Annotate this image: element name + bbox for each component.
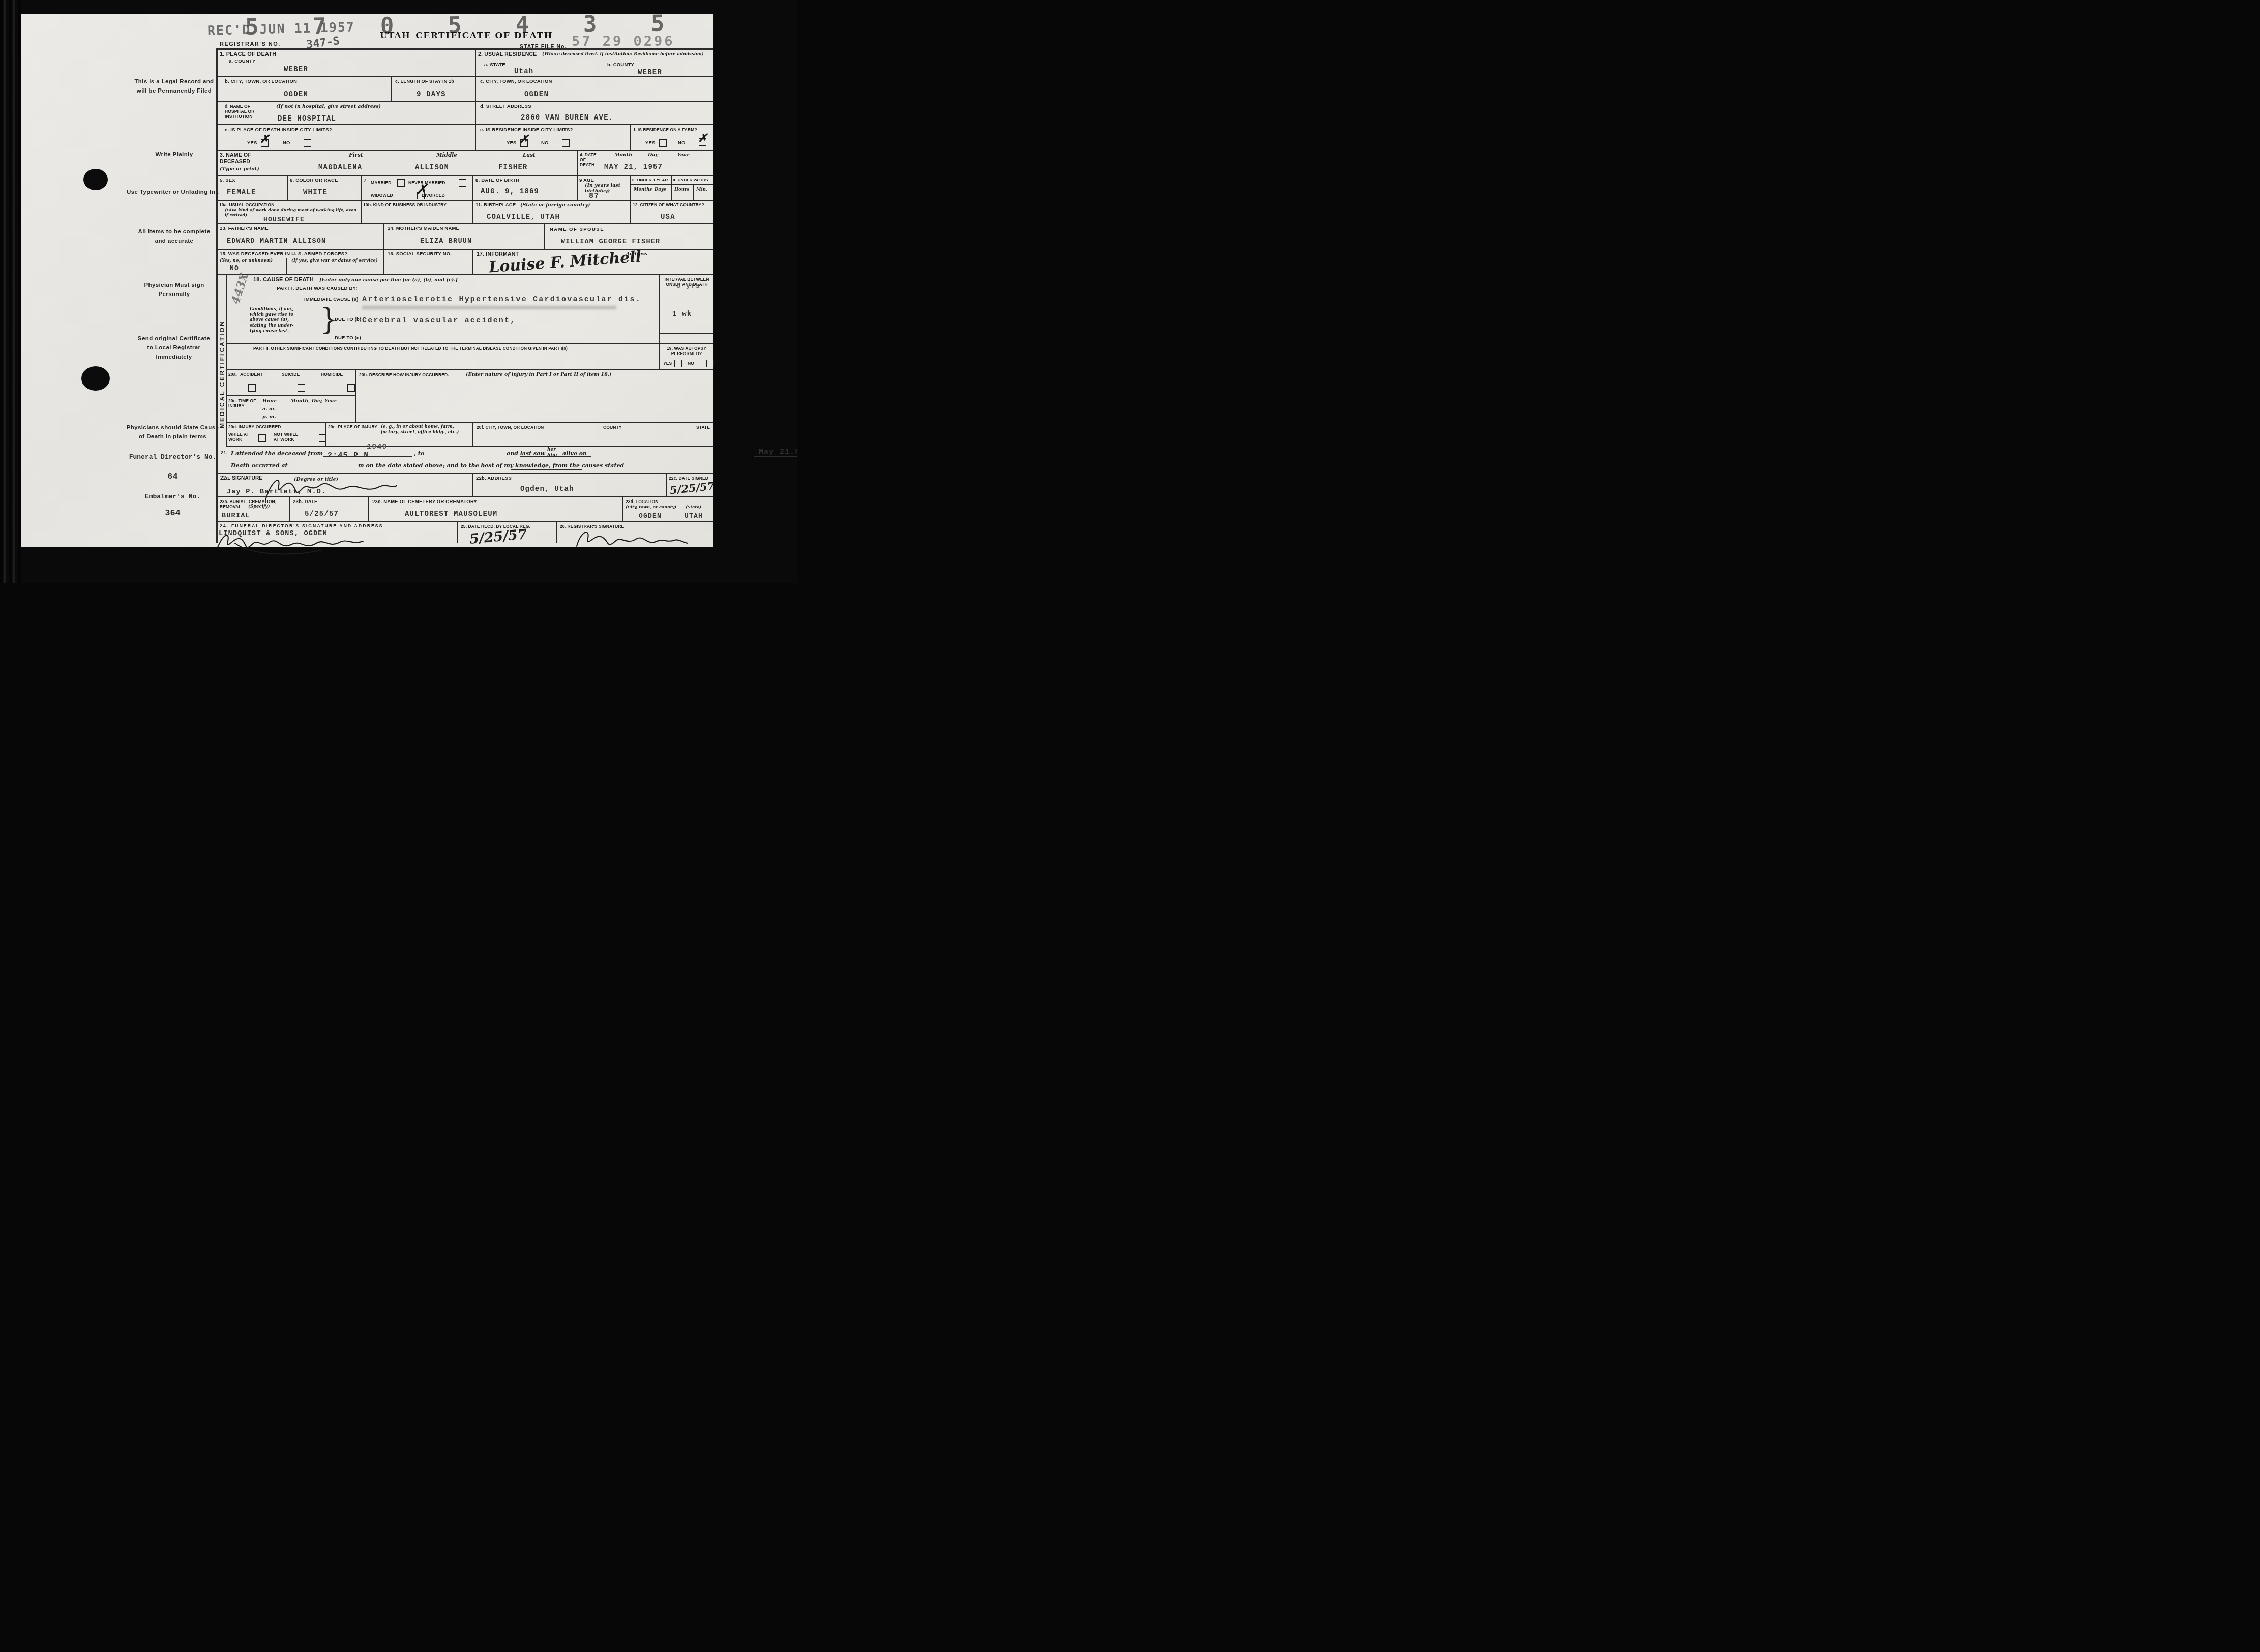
first-name-header: First [349,152,363,159]
check-mark: ✗ [519,134,528,145]
accident-label: ACCIDENT [240,372,263,377]
middle-name-value: ALLISON [415,164,449,171]
field-part2-conditions: PART II. OTHER SIGNIFICANT CONDITIONS CO… [226,343,660,370]
date-signed-label: 22c. DATE SIGNED [669,476,708,481]
margin-note-send-original: Send original Certificate to Local Regis… [136,335,212,362]
signature-label: 22a. SIGNATURE [220,476,262,482]
cause-of-death-title: 18. CAUSE OF DEATH [253,277,314,283]
margin-note-typewriter: Use Typewriter or Unfading Ink [126,188,220,197]
describe-injury-hint: (Enter nature of injury in Part I or Par… [466,372,612,377]
homicide-checkbox [347,384,355,392]
field-physician-signature: 22a. SIGNATURE (Degree or title) Jay P. … [216,473,473,497]
yes-label: YES [247,140,257,146]
divider [672,184,713,185]
divorced-label: DIVORCED [422,193,445,198]
birthplace-value: COALVILLE, UTAH [487,214,560,221]
field-informant: 17. INFORMANT Address Louise F. Mitchell [473,249,713,275]
statement-number: 21. [221,450,228,456]
field-cemetery-name: 23c. NAME OF CEMETERY OR CREMATORY AULTO… [369,497,623,521]
time-of-injury-label: 20c. TIME OF INJURY [228,398,256,408]
field-accident-suicide-homicide: 20a. ACCIDENT SUICIDE HOMICIDE [226,370,356,396]
cause-a-value: Arteriosclerotic Hypertensive Cardiovasc… [362,296,641,303]
homicide-label: HOMICIDE [321,372,343,377]
residence-county-value: WEBER [638,69,662,76]
margin-note-all-items: All items to be complete and accurate [132,228,216,246]
last-seen-blank: May 21.57 [754,448,797,457]
field-name-of-spouse: NAME OF SPOUSE WILLIAM GEORGE FISHER [544,224,713,249]
margin-note-legal-record: This is a Legal Record and will be Perma… [132,78,216,96]
am-label: a. m. [262,406,276,412]
mothers-name-label: 14. MOTHER'S MAIDEN NAME [388,226,459,231]
divider [660,302,713,302]
field-registrar-signature: 26. REGISTRAR'S SIGNATURE [557,521,713,543]
hour-label: Hour [262,398,276,404]
married-checkbox [397,179,405,187]
birthplace-hint: (State or foreign country) [520,202,590,208]
form-title: UTAH CERTIFICATE OF DEATH [357,31,576,41]
never-married-checkbox [459,179,466,187]
date-of-death-value: MAY 21, 1957 [604,164,663,171]
month-day-year-label: Month, Day, Year [290,398,336,404]
punch-hole [83,169,108,190]
residence-county-label: b. COUNTY [607,62,634,68]
no-checkbox [706,360,714,367]
armed-forces-hint2: (If yes, give war or dates of service) [291,258,383,264]
min-label: Min. [696,187,707,193]
field-date-of-birth: 8. DATE OF BIRTH AUG. 9, 1869 [473,175,577,201]
field-burial-type: 23a. BURIAL, CREMATION, REMOVAL (Specify… [216,497,290,521]
place-of-injury-label: 20e. PLACE OF INJURY [328,424,377,429]
date-of-birth-value: AUG. 9, 1869 [481,188,539,195]
field-date-signed: 22c. DATE SIGNED 5/25/57 [666,473,713,497]
death-occurred-text: Death occurred at [231,462,288,469]
field-attended-statement: 21. I attended the deceased from 1949 2:… [216,447,713,473]
residence-city-value: OGDEN [524,91,549,98]
field-residence-inside-city-limits: e. IS RESIDENCE INSIDE CITY LIMITS? YES … [475,125,631,150]
part2-text: PART II. OTHER SIGNIFICANT CONDITIONS CO… [253,346,658,351]
registrar-signature-scribble [571,526,698,551]
accident-checkbox [248,384,256,392]
under-24-hrs-label: IF UNDER 24 HRS [673,178,708,183]
occupation-value: HOUSEWIFE [263,216,305,223]
field-usual-occupation: 10a. USUAL OCCUPATION (Give kind of work… [216,201,361,224]
widowed-label: WIDOWED [371,193,393,198]
citizen-value: USA [661,214,675,221]
attended-text: I attended the deceased from [231,450,323,457]
field-time-of-injury: 20c. TIME OF INJURY Hour a. m. p. m. Mon… [226,396,356,422]
field-interval-onset-death: INTERVAL BETWEEN ONSET AND DEATH 5 yrs 1… [660,275,713,343]
state-hint: (State) [686,504,701,509]
divider [693,184,694,201]
field-mothers-maiden-name: 14. MOTHER'S MAIDEN NAME ELIZA BRUUN [384,224,544,249]
no-checkbox [304,139,311,147]
month-header: Month [614,152,632,158]
embalmers-no-label: Embalmer's No. [123,492,222,501]
last-name-header: Last [523,152,536,159]
margin-note-plain-terms: Physicians should State Cause of Death i… [123,424,222,442]
days-label: Days [655,187,666,193]
first-name-value: MAGDALENA [318,164,362,171]
business-label: 10b. KIND OF BUSINESS OR INDUSTRY [363,202,447,208]
burial-value: BURIAL [222,513,250,520]
cause-a-line [360,304,658,304]
margin-note-physician-sign: Physician Must sign Personally [132,281,216,300]
attended-from-time: 2:45 P.M. [328,452,374,459]
date-of-birth-label: 8. DATE OF BIRTH [475,178,519,183]
months-label: Months [634,187,652,193]
residence-state-value: Utah [514,68,533,75]
birthplace-label: 11. BIRTHPLACE [475,202,516,208]
field-birthplace: 11. BIRTHPLACE (State or foreign country… [473,201,631,224]
funeral-directors-no-value: 64 [123,472,222,482]
part1-label: PART I. DEATH WAS CAUSED BY: [277,286,358,291]
armed-forces-value: NO [230,265,239,272]
autopsy-label: 19. WAS AUTOPSY PERFORMED? [663,346,710,356]
field-place-of-injury: 20e. PLACE OF INJURY (e. g., in or about… [325,422,473,447]
cause-c-line [360,342,658,342]
yes-checkbox: ✗ [261,139,269,147]
no-label: NO [283,140,290,146]
field-injury-city-county-state: 20f. CITY, TOWN, OR LOCATION COUNTY STAT… [473,422,713,447]
last-seen-date: May 21.57 [759,448,797,456]
ink-smudge [362,306,616,309]
burial-state-value: UTAH [685,513,703,519]
middle-name-header: Middle [436,152,457,159]
type-or-print-hint: (Type or print) [220,166,259,172]
field-date-received: 25. DATE RECD. BY LOCAL REG. 5/25/57 [458,521,557,543]
check-mark: ✗ [260,134,269,145]
field-residence-city: c. CITY, TOWN, OR LOCATION OGDEN [475,76,713,102]
fathers-name-value: EDWARD MARTIN ALLISON [227,238,326,245]
death-city-limits-label: e. IS PLACE OF DEATH INSIDE CITY LIMITS? [225,127,332,133]
hospital-label: d. NAME OF HOSPITAL OR INSTITUTION [225,104,254,120]
scan-dark-edge [0,0,21,583]
field-age: 9 AGE (In years last birthday) 87 [577,175,631,201]
suicide-checkbox [298,384,305,392]
city-town-county-hint: (City, town, or county) [626,504,676,509]
funeral-directors-no-label: Funeral Director's No. [123,453,222,462]
burial-city-value: OGDEN [639,513,662,519]
spouse-label: NAME OF SPOUSE [550,227,604,232]
date-signed-value: 5/25/57 [669,480,715,495]
to-text: , to [414,450,424,457]
county-label: a. COUNTY [229,58,255,64]
field-length-of-stay: c. LENGTH OF STAY IN 1b 9 DAYS [392,76,475,102]
field-usual-residence-state-county: 2. USUAL RESIDENCE (Where deceased lived… [475,48,713,76]
cause-of-death-hint: [Enter only one cause per line for (a), … [319,277,458,283]
yes-checkbox [674,360,682,367]
name-of-deceased-label: 3. NAME OF DECEASED [220,152,251,165]
cemetery-label: 23c. NAME OF CEMETERY OR CREMATORY [372,499,477,505]
medical-certification-strip: MEDICAL CERTIFICATION [216,275,226,473]
last-name-value: FISHER [498,164,528,171]
field-sex: 5. SEX FEMALE [216,175,287,201]
knowledge-text: m on the date stated above; and to the b… [358,462,624,469]
field-physician-address: 22b. ADDRESS Ogden, Utah [473,473,666,497]
hours-label: Hours [674,187,689,193]
margin-note-write-plainly: Write Plainly [132,151,216,160]
residence-farm-label: f. IS RESIDENCE ON A FARM? [634,127,697,132]
field-death-inside-city-limits: e. IS PLACE OF DEATH INSIDE CITY LIMITS?… [216,125,475,150]
address-label: 22b. ADDRESS [476,476,512,481]
field-cause-of-death: 18. CAUSE OF DEATH [Enter only one cause… [226,275,660,343]
injury-city-label: 20f. CITY, TOWN, OR LOCATION [477,425,544,430]
field-fathers-name: 13. FATHER'S NAME EDWARD MARTIN ALLISON [216,224,384,249]
attended-from-year: 1949 [367,443,388,451]
injury-state-label: STATE [696,425,710,430]
no-checkbox: ✗ [699,138,706,146]
field-hospital-name: d. NAME OF HOSPITAL OR INSTITUTION (If n… [216,102,475,125]
usual-residence-hint: (Where deceased lived. If institution: R… [542,52,710,57]
check-mark: ✗ [698,133,707,144]
burial-hint: (Specify) [248,504,270,510]
interval-a-value: 5 yrs [676,282,700,290]
punch-hole [81,366,110,391]
field-death-city: b. CITY, TOWN, OR LOCATION OGDEN [216,76,392,102]
yes-label: YES [663,361,672,366]
while-at-work-checkbox [258,434,266,442]
not-while-at-work-label: NOT WHILE AT WORK [274,432,299,442]
field-describe-injury: 20b. DESCRIBE HOW INJURY OCCURRED. (Ente… [356,370,713,422]
field-place-of-death-county: 1. PLACE OF DEATH a. COUNTY WEBER [216,48,475,76]
medical-certification-label: MEDICAL CERTIFICATION [219,279,226,469]
burial-date-label: 23b. DATE [293,499,318,505]
length-of-stay-value: 9 DAYS [417,91,446,98]
field-if-under-1-year: IF UNDER 1 YEAR Months Days [631,175,671,201]
while-at-work-label: WHILE AT WORK [228,432,249,442]
field-social-security: 16. SOCIAL SECURITY NO. [384,249,473,275]
age-value: 87 [589,192,599,200]
residence-city-limits-label: e. IS RESIDENCE INSIDE CITY LIMITS? [480,127,573,133]
residence-state-label: a. STATE [484,62,505,68]
field-injury-occurred: 20d. INJURY OCCURRED WHILE AT WORK NOT W… [226,422,325,447]
date-of-death-label: 4. DATE OF DEATH [580,152,597,168]
describe-injury-label: 20b. DESCRIBE HOW INJURY OCCURRED. [359,372,449,377]
him-text: him [547,453,557,458]
sex-value: FEMALE [227,189,256,196]
injury-occurred-label: 20d. INJURY OCCURRED [228,424,281,429]
field-citizen-country: 12. CITIZEN OF WHAT COUNTRY? USA [631,201,713,224]
year-header: Year [677,152,689,158]
field-burial-date: 23b. DATE 5/25/57 [290,497,369,521]
alive-on-text: alive on [562,450,587,457]
field-burial-location: 23d. LOCATION (City, town, or county) (S… [623,497,713,521]
yes-checkbox [659,139,667,147]
usual-residence-title: 2. USUAL RESIDENCE [478,51,537,58]
pm-label: p. m. [262,414,276,420]
embalmers-no-value: 364 [123,509,222,518]
residence-city-label: c. CITY, TOWN, OR LOCATION [480,79,552,84]
field-residence-on-farm: f. IS RESIDENCE ON A FARM? YES NO ✗ [631,125,713,150]
no-checkbox [562,139,570,147]
street-address-label: d. STREET ADDRESS [480,104,531,109]
conditions-note: Conditions, if any, which gave rise to a… [250,307,294,334]
street-address-value: 2860 VAN BUREN AVE. [521,114,613,122]
spouse-value: WILLIAM GEORGE FISHER [561,239,660,246]
no-label: NO [688,361,694,366]
date-received-value: 5/25/57 [469,527,528,546]
death-city-value: OGDEN [284,91,308,98]
marital-number: 7 [364,178,366,183]
color-race-value: WHITE [303,189,328,196]
day-header: Day [648,152,658,158]
no-label: NO [541,140,549,146]
attended-from-blank: 1949 2:45 P.M. [323,448,412,457]
mothers-name-value: ELIZA BRUUN [420,238,472,245]
armed-forces-hint1: (Yes, no, or unknown) [220,258,273,264]
20a-number: 20a. [228,372,237,377]
length-of-stay-label: c. LENGTH OF STAY IN 1b [395,79,454,84]
married-label: MARRIED [371,180,391,185]
divider [286,258,287,275]
her-text: her [547,447,556,453]
certificate-paper: This is a Legal Record and will be Perma… [21,14,713,547]
under-1-year-label: IF UNDER 1 YEAR [632,178,668,183]
interval-b-value: 1 wk [672,311,692,318]
field-armed-forces: 15. WAS DECEASED EVER IN U. S. ARMED FOR… [216,249,384,275]
field-color-or-race: 6. COLOR OR RACE WHITE [287,175,361,201]
field-if-under-24-hrs: IF UNDER 24 HRS Hours Min. [671,175,713,201]
armed-forces-label: 15. WAS DECEASED EVER IN U. S. ARMED FOR… [220,251,347,257]
state-file-no-value: 57 29 0296 [572,34,675,49]
form-title-utah: UTAH [380,31,410,41]
last-saw-text: and last saw [507,450,545,457]
field-street-address: d. STREET ADDRESS 2860 VAN BUREN AVE. [475,102,713,125]
cemetery-value: AULTOREST MAUSOLEUM [405,511,497,518]
no-label: NO [678,140,686,146]
due-to-b-label: DUE TO (b) [335,317,362,322]
sex-label: 5. SEX [220,178,235,183]
divider [660,333,713,334]
burial-date-value: 5/25/57 [305,511,339,518]
county-value: WEBER [284,66,308,73]
due-to-c-label: DUE TO (c) [335,335,361,341]
color-race-label: 6. COLOR OR RACE [290,178,338,183]
field-name-of-deceased: 3. NAME OF DECEASED (Type or print) Firs… [216,150,577,175]
field-marital-status: 7 MARRIED NEVER MARRIED WIDOWED ✗ DIVORC… [361,175,473,201]
field-funeral-director: 24. FUNERAL DIRECTOR'S SIGNATURE AND ADD… [216,521,458,543]
burial-location-label: 23d. LOCATION [626,499,658,504]
divider [631,184,672,185]
yes-label: YES [507,140,517,146]
scanned-death-certificate: This is a Legal Record and will be Perma… [0,0,797,583]
funeral-director-signature-scribble [215,528,367,564]
field-autopsy: 19. WAS AUTOPSY PERFORMED? YES NO [660,343,713,370]
cause-b-value: Cerebral vascular accident, [362,317,516,324]
immediate-cause-label: IMMEDIATE CAUSE (a) [304,297,359,302]
hospital-value: DEE HOSPITAL [278,115,336,123]
suicide-label: SUICIDE [282,372,300,377]
field-date-of-death: 4. DATE OF DEATH Month Day Year MAY 21, … [577,150,713,175]
fathers-name-label: 13. FATHER'S NAME [220,226,269,231]
citizen-label: 12. CITIZEN OF WHAT COUNTRY? [633,202,704,208]
yes-checkbox: ✗ [520,139,528,147]
place-of-death-title: 1. PLACE OF DEATH [220,51,276,58]
field-kind-of-business: 10b. KIND OF BUSINESS OR INDUSTRY [361,201,473,224]
hospital-hint: (If not in hospital, give street address… [276,104,381,109]
injury-county-label: COUNTY [603,425,622,430]
social-security-label: 16. SOCIAL SECURITY NO. [388,251,452,257]
registrars-no-label: REGISTRAR'S NO. [220,41,281,48]
place-of-injury-hint: (e. g., in or about home, farm, factory,… [381,424,470,435]
address-value: Ogden, Utah [520,486,574,493]
yes-label: YES [645,140,656,146]
form-title-certificate: CERTIFICATE OF DEATH [415,31,553,41]
death-city-label: b. CITY, TOWN, OR LOCATION [225,79,297,84]
